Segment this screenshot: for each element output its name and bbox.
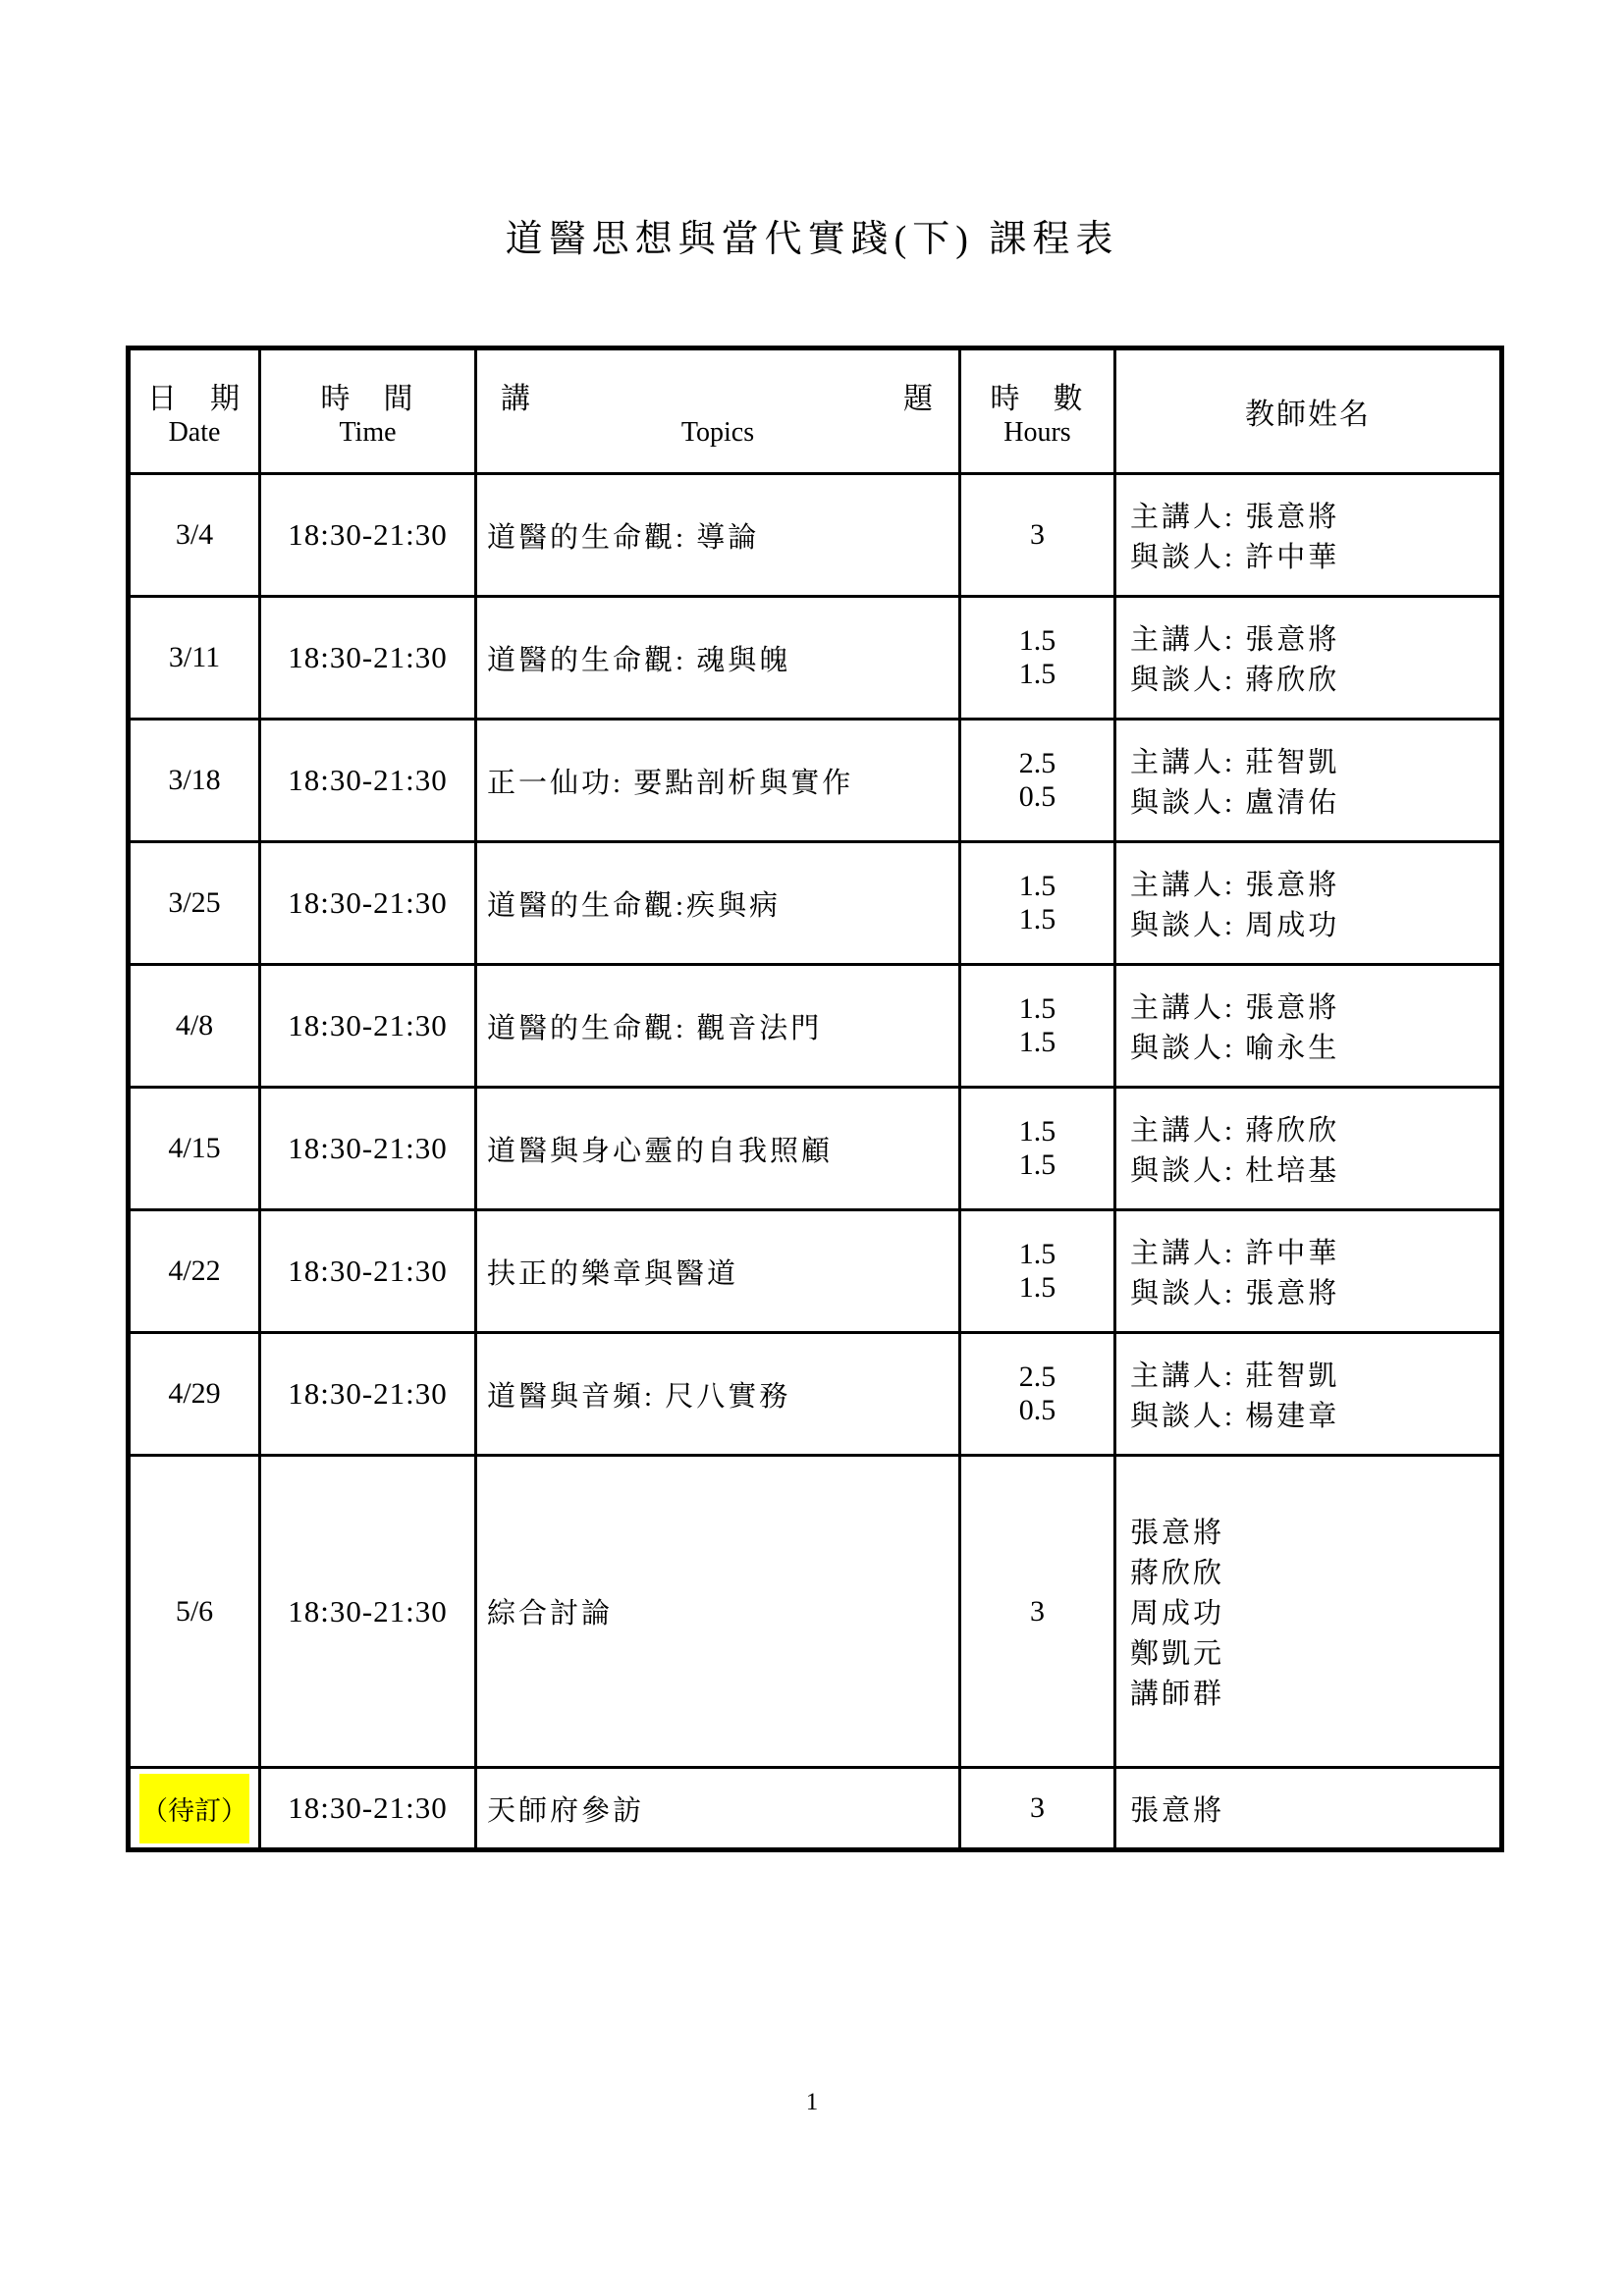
- header-time-en: Time: [339, 417, 396, 449]
- date-cell: 5/6: [129, 1456, 260, 1768]
- teacher-name: 主講人: 張意將: [1130, 863, 1339, 903]
- date-cell: 3/4: [129, 474, 260, 597]
- hours-cell: 1.51.5: [960, 597, 1115, 720]
- teacher-name: 主講人: 張意將: [1130, 617, 1339, 658]
- teachers-cell: 主講人: 莊智凱與談人: 楊建章: [1115, 1333, 1502, 1456]
- hours-cell: 1.51.5: [960, 842, 1115, 965]
- date-value: 4/15: [168, 1132, 220, 1164]
- hours-cell: 2.50.5: [960, 1333, 1115, 1456]
- time-cell: 18:30-21:30: [260, 474, 476, 597]
- header-time: 時 間 Time: [260, 348, 476, 474]
- teacher-name: 張意將: [1130, 1511, 1224, 1551]
- topic-value: 道醫與音頻: 尺八實務: [487, 1374, 790, 1415]
- hours-cell: 3: [960, 1768, 1115, 1850]
- teachers-cell: 主講人: 張意將與談人: 許中華: [1115, 474, 1502, 597]
- topic-value: 綜合討論: [487, 1591, 613, 1631]
- hours-cell: 1.51.5: [960, 965, 1115, 1088]
- topic-cell: 道醫的生命觀: 觀音法門: [476, 965, 960, 1088]
- hours-value: 1.5: [1019, 658, 1056, 691]
- teacher-name: 主講人: 許中華: [1130, 1231, 1339, 1271]
- hours-cell: 2.50.5: [960, 720, 1115, 842]
- hours-cell: 3: [960, 1456, 1115, 1768]
- teachers-cell: 張意將: [1115, 1768, 1502, 1850]
- teacher-name: 蔣欣欣: [1130, 1551, 1224, 1591]
- time-value: 18:30-21:30: [288, 885, 448, 921]
- hours-cell: 1.51.5: [960, 1088, 1115, 1210]
- time-value: 18:30-21:30: [288, 1008, 448, 1043]
- time-value: 18:30-21:30: [288, 763, 448, 798]
- table-row: 5/6 18:30-21:30 綜合討論 3 張意將蔣欣欣周成功鄭凱元講師群: [129, 1456, 1502, 1768]
- date-cell: 3/18: [129, 720, 260, 842]
- teachers-cell: 主講人: 許中華與談人: 張意將: [1115, 1210, 1502, 1333]
- header-teacher: 教師姓名: [1115, 348, 1502, 474]
- date-value: 5/6: [176, 1595, 213, 1628]
- date-value: 3/4: [176, 518, 213, 551]
- time-cell: 18:30-21:30: [260, 842, 476, 965]
- header-row: 日 期 Date 時 間 Time 講 題: [129, 348, 1502, 474]
- page-title: 道醫思想與當代實踐(下) 課程表: [0, 208, 1624, 262]
- teacher-name: 周成功: [1130, 1591, 1224, 1631]
- header-time-zh: 時 間: [321, 374, 415, 417]
- topic-cell: 道醫的生命觀:疾與病: [476, 842, 960, 965]
- table-row: 4/15 18:30-21:30 道醫與身心靈的自我照顧 1.51.5 主講人:…: [129, 1088, 1502, 1210]
- teacher-name: 與談人: 蔣欣欣: [1130, 658, 1339, 698]
- date-value: 3/18: [168, 764, 220, 796]
- date-cell: （待訂）: [129, 1768, 260, 1850]
- topic-cell: 道醫與音頻: 尺八實務: [476, 1333, 960, 1456]
- topic-value: 道醫的生命觀: 導論: [487, 515, 759, 556]
- topic-cell: 道醫與身心靈的自我照顧: [476, 1088, 960, 1210]
- header-topic-zh: 講 題: [477, 374, 958, 417]
- time-cell: 18:30-21:30: [260, 1088, 476, 1210]
- table-row: （待訂） 18:30-21:30 天師府參訪 3 張意將: [129, 1768, 1502, 1850]
- hours-value: 1.5: [1019, 992, 1056, 1026]
- hours-value: 1.5: [1019, 1271, 1056, 1305]
- time-cell: 18:30-21:30: [260, 965, 476, 1088]
- date-cell: 3/11: [129, 597, 260, 720]
- topic-cell: 扶正的樂章與醫道: [476, 1210, 960, 1333]
- hours-value: 1.5: [1019, 870, 1056, 903]
- hours-value: 0.5: [1019, 1394, 1056, 1427]
- course-schedule-table: 日 期 Date 時 間 Time 講 題: [126, 346, 1504, 1852]
- hours-value: 1.5: [1019, 624, 1056, 658]
- topic-value: 道醫的生命觀:疾與病: [487, 883, 781, 924]
- header-date: 日 期 Date: [129, 348, 260, 474]
- page-number: 1: [0, 2089, 1624, 2116]
- topic-value: 道醫的生命觀: 觀音法門: [487, 1006, 822, 1046]
- header-hours-zh: 時 數: [991, 374, 1085, 417]
- hours-value: 1.5: [1019, 1115, 1056, 1148]
- topic-cell: 道醫的生命觀: 導論: [476, 474, 960, 597]
- date-cell: 4/29: [129, 1333, 260, 1456]
- time-value: 18:30-21:30: [288, 1594, 448, 1629]
- teachers-cell: 主講人: 張意將與談人: 蔣欣欣: [1115, 597, 1502, 720]
- topic-value: 扶正的樂章與醫道: [487, 1252, 738, 1292]
- header-teacher-zh: 教師姓名: [1245, 390, 1371, 433]
- teachers-cell: 張意將蔣欣欣周成功鄭凱元講師群: [1115, 1456, 1502, 1768]
- time-value: 18:30-21:30: [288, 1376, 448, 1412]
- time-value: 18:30-21:30: [288, 517, 448, 553]
- date-value: 4/8: [176, 1009, 213, 1041]
- teacher-name: 張意將: [1130, 1789, 1224, 1829]
- hours-value: 3: [1030, 1595, 1045, 1629]
- table-row: 3/18 18:30-21:30 正一仙功: 要點剖析與實作 2.50.5 主講…: [129, 720, 1502, 842]
- hours-value: 1.5: [1019, 903, 1056, 936]
- header-topic-zh-left: 講: [501, 374, 532, 417]
- table-row: 4/8 18:30-21:30 道醫的生命觀: 觀音法門 1.51.5 主講人:…: [129, 965, 1502, 1088]
- header-topic-en: Topics: [681, 417, 754, 449]
- time-cell: 18:30-21:30: [260, 1768, 476, 1850]
- table-row: 3/11 18:30-21:30 道醫的生命觀: 魂與魄 1.51.5 主講人:…: [129, 597, 1502, 720]
- topic-cell: 正一仙功: 要點剖析與實作: [476, 720, 960, 842]
- date-value: 3/25: [168, 886, 220, 919]
- header-hours: 時 數 Hours: [960, 348, 1115, 474]
- hours-value: 1.5: [1019, 1026, 1056, 1059]
- teacher-name: 主講人: 張意將: [1130, 495, 1339, 535]
- teachers-cell: 主講人: 張意將與談人: 周成功: [1115, 842, 1502, 965]
- topic-value: 正一仙功: 要點剖析與實作: [487, 761, 853, 801]
- teachers-cell: 主講人: 莊智凱與談人: 盧清佑: [1115, 720, 1502, 842]
- teacher-name: 主講人: 蔣欣欣: [1130, 1108, 1339, 1148]
- header-hours-en: Hours: [1003, 417, 1070, 449]
- teacher-name: 與談人: 張意將: [1130, 1271, 1339, 1311]
- topic-value: 天師府參訪: [487, 1789, 644, 1829]
- time-cell: 18:30-21:30: [260, 1210, 476, 1333]
- date-cell: 3/25: [129, 842, 260, 965]
- date-value: 4/29: [168, 1377, 220, 1410]
- date-cell: 4/8: [129, 965, 260, 1088]
- table-row: 4/22 18:30-21:30 扶正的樂章與醫道 1.51.5 主講人: 許中…: [129, 1210, 1502, 1333]
- teacher-name: 與談人: 楊建章: [1130, 1394, 1339, 1434]
- topic-cell: 天師府參訪: [476, 1768, 960, 1850]
- hours-value: 1.5: [1019, 1148, 1056, 1182]
- teacher-name: 主講人: 莊智凱: [1130, 1354, 1339, 1394]
- time-cell: 18:30-21:30: [260, 1333, 476, 1456]
- teacher-name: 主講人: 張意將: [1130, 986, 1339, 1026]
- header-topic: 講 題 Topics: [476, 348, 960, 474]
- hours-cell: 1.51.5: [960, 1210, 1115, 1333]
- date-cell: 4/22: [129, 1210, 260, 1333]
- teacher-name: 講師群: [1130, 1672, 1224, 1712]
- topic-value: 道醫的生命觀: 魂與魄: [487, 638, 790, 678]
- teacher-name: 與談人: 許中華: [1130, 535, 1339, 575]
- date-value: 4/22: [168, 1255, 220, 1287]
- teacher-name: 鄭凱元: [1130, 1631, 1224, 1672]
- header-date-zh: 日 期: [147, 374, 242, 417]
- header-topic-zh-right: 題: [903, 374, 935, 417]
- teacher-name: 與談人: 喻永生: [1130, 1026, 1339, 1066]
- table-row: 3/25 18:30-21:30 道醫的生命觀:疾與病 1.51.5 主講人: …: [129, 842, 1502, 965]
- teacher-name: 與談人: 杜培基: [1130, 1148, 1339, 1189]
- hours-value: 3: [1030, 518, 1045, 552]
- teacher-name: 主講人: 莊智凱: [1130, 740, 1339, 780]
- time-cell: 18:30-21:30: [260, 597, 476, 720]
- time-value: 18:30-21:30: [288, 1254, 448, 1289]
- date-cell: 4/15: [129, 1088, 260, 1210]
- table-row: 4/29 18:30-21:30 道醫與音頻: 尺八實務 2.50.5 主講人:…: [129, 1333, 1502, 1456]
- header-date-en: Date: [169, 417, 221, 449]
- teacher-name: 與談人: 盧清佑: [1130, 780, 1339, 821]
- hours-value: 0.5: [1019, 780, 1056, 814]
- time-cell: 18:30-21:30: [260, 720, 476, 842]
- teachers-cell: 主講人: 蔣欣欣與談人: 杜培基: [1115, 1088, 1502, 1210]
- topic-cell: 綜合討論: [476, 1456, 960, 1768]
- document-page: 道醫思想與當代實踐(下) 課程表 日 期 Date 時 間 T: [0, 0, 1624, 2296]
- hours-value: 2.5: [1019, 747, 1056, 780]
- topic-cell: 道醫的生命觀: 魂與魄: [476, 597, 960, 720]
- time-value: 18:30-21:30: [288, 640, 448, 675]
- time-value: 18:30-21:30: [288, 1790, 448, 1826]
- teacher-name: 與談人: 周成功: [1130, 903, 1339, 943]
- hours-value: 1.5: [1019, 1238, 1056, 1271]
- time-value: 18:30-21:30: [288, 1131, 448, 1166]
- table-row: 3/4 18:30-21:30 道醫的生命觀: 導論 3 主講人: 張意將與談人…: [129, 474, 1502, 597]
- date-value: （待訂）: [139, 1774, 249, 1843]
- hours-cell: 3: [960, 474, 1115, 597]
- hours-value: 2.5: [1019, 1361, 1056, 1394]
- topic-value: 道醫與身心靈的自我照顧: [487, 1129, 833, 1169]
- hours-value: 3: [1030, 1791, 1045, 1825]
- date-value: 3/11: [169, 641, 220, 673]
- time-cell: 18:30-21:30: [260, 1456, 476, 1768]
- teachers-cell: 主講人: 張意將與談人: 喻永生: [1115, 965, 1502, 1088]
